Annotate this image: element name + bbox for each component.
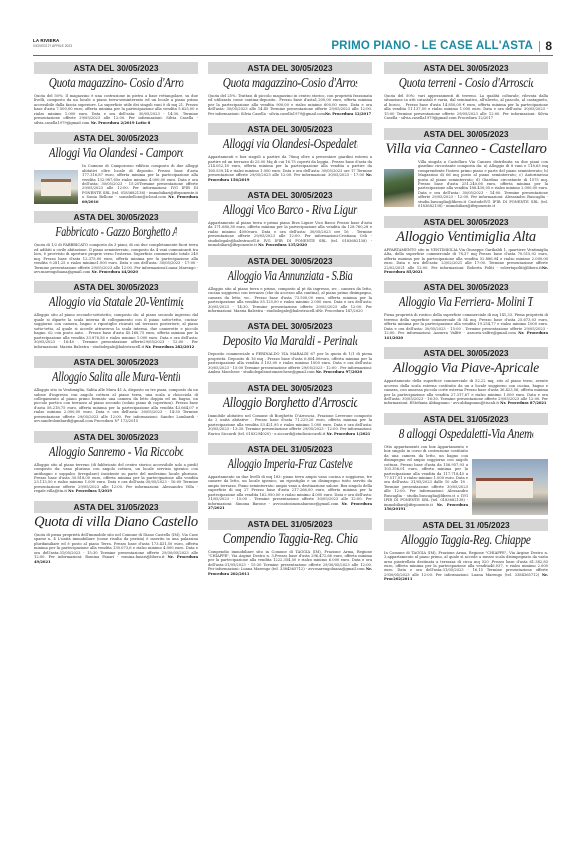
auction-date-band: ASTA DEL 31 /05/2023 xyxy=(384,519,548,531)
procedure-number: Nr. Procedura 135/2020 xyxy=(258,243,307,247)
auction-listing: ASTA DEL 30/05/2023 Alloggio Salita alle… xyxy=(34,356,198,424)
auction-listing: ASTA DEL 30/05/2023 Alloggio Via Piave-A… xyxy=(384,347,548,406)
listing-title: Fabbricato - Gazzo Borghetto Arroscia xyxy=(55,224,176,240)
auction-listing: ASTA DEL 30/05/2023 Deposito Via Maraldi… xyxy=(208,320,372,374)
listing-text: Appartamenti e box singoli a partire da … xyxy=(208,155,372,177)
auction-date-band: ASTA DEL 30/05/2023 xyxy=(384,347,548,359)
auction-listing: ASTA DEL 31/05/2023 Quota di villa Diano… xyxy=(34,501,198,564)
column-left: ASTA DEL 30/05/2023 Quota magazzino- Cos… xyxy=(34,62,198,571)
listing-body: Appartamenti e box singoli a partire da … xyxy=(208,155,372,182)
procedure-number: Nr. Procedura 97/2020 xyxy=(316,370,362,374)
auction-listing: ASTA DEL 30/05/2023 Alloggio Borghetto d… xyxy=(208,382,372,436)
issue-date: GIOVEDÌ 27 APRILE 2023 xyxy=(33,44,72,48)
listing-body: Immobile abitativo nel Comune di Borghet… xyxy=(208,414,372,436)
auction-date-band: ASTA DEL 30/05/2023 xyxy=(384,62,548,74)
listing-text: In Comune di Camporosso edificio compost… xyxy=(82,164,198,199)
auction-listing: ASTA DEL 30/05/2023 Alloggio Sanremo - V… xyxy=(34,431,198,494)
auction-date-band: ASTA DEL 30/05/2023 xyxy=(34,356,198,368)
section-title: PRIMO PIANO - LE CASE ALL'ASTA xyxy=(331,40,533,52)
listing-text: APPARTAMENTO sito in VENTIMIGLIA Via Giu… xyxy=(384,248,548,270)
auction-date-band: ASTA DEL 30/05/2023 xyxy=(208,62,372,74)
auction-date-band: ASTA DEL 30/05/2023 xyxy=(34,62,198,74)
auction-listing: ASTA DEL 30/05/2023 Quota terreni - Cosi… xyxy=(384,62,548,121)
newspaper-name: LA RIVIERA xyxy=(33,38,72,43)
listing-text: Otto appartamenti con box Appartamento e… xyxy=(384,445,468,507)
listing-title: Quota terreni - Cosio d'Arroscia xyxy=(399,75,533,91)
listing-body: Villa singola a Castellaro Via Canneo di… xyxy=(384,160,548,209)
column-right: ASTA DEL 30/05/2023 Quota terreni - Cosi… xyxy=(384,62,548,589)
listing-title: Alloggi Via Olandesi - Camporosso xyxy=(49,145,183,161)
auction-date-band: ASTA DEL 30/05/2023 xyxy=(34,431,198,443)
auction-date-band: ASTA DEL 30/05/2023 xyxy=(208,382,372,394)
auction-date-band: ASTA DEL 30/05/2023 xyxy=(34,281,198,293)
procedure-number: Nr. Procedura 87/2021 xyxy=(500,401,546,405)
listing-body: Quota del 25%: Trattasi di piccolo magaz… xyxy=(208,94,372,116)
auction-date-band: ASTA DEL 30/05/2023 xyxy=(384,216,548,228)
listing-body: In Comune di TAGGIA (IM), Frazione Arma,… xyxy=(384,551,548,582)
auction-listing: ASTA DEL 31/05/2023 Compendio Taggia-Reg… xyxy=(208,518,372,577)
listing-text: Villa singola a Castellaro Via Canneo di… xyxy=(418,160,548,209)
auction-date-band: ASTA DEL 30/05/2023 xyxy=(208,320,372,332)
listing-body: Alloggio sito al piano terra e primo, co… xyxy=(208,287,372,314)
listing-body: Alloggio sito al piano terreno (di fabbr… xyxy=(34,463,198,494)
listing-title: Alloggio Via Piave-Apricale xyxy=(384,360,548,376)
listing-title: Quota magazzino-Cosio d'Arroscia xyxy=(223,75,357,91)
procedure-number: Nr. Procedura 44/2020 xyxy=(92,270,138,274)
listing-body: Quota del 50%: Il magazzino è una costru… xyxy=(34,94,198,125)
auction-listing: ASTA DEL 31/05/2023 8 alloggi Ospedalett… xyxy=(384,413,548,512)
header-divider xyxy=(539,41,540,52)
auction-date-band: ASTA DEL 30/05/2023 xyxy=(384,281,548,293)
listing-body: Otto appartamenti con box Appartamento e… xyxy=(384,445,548,512)
listing-title: Alloggio via Statale 20-Ventimiglia xyxy=(49,294,183,310)
auction-date-band: ASTA DEL 31/05/2023 xyxy=(208,518,372,530)
listing-title: Alloggio Via Annunziata - S.Biagio Cima xyxy=(228,268,353,284)
listing-text: Alloggio sito al piano secondo-sottotett… xyxy=(34,313,198,348)
listing-body: Piena proprietà di rustico della superfi… xyxy=(384,313,548,340)
listing-body: Alloggio sito in Ventimiglia, Salita all… xyxy=(34,388,198,424)
page-header: LA RIVIERA GIOVEDÌ 27 APRILE 2023 PRIMO … xyxy=(33,38,553,56)
auction-listing: ASTA DEL 30/05/2023 Quota magazzino-Cosi… xyxy=(208,62,372,116)
listing-title: Alloggio Taggia-Reg. Chiappe xyxy=(399,532,533,548)
auction-listing: ASTA DEL 30/05/2023 Fabbricato - Gazzo B… xyxy=(34,211,198,274)
procedure-number: Nr. Procedura 2/2019 Lotto 8 xyxy=(91,121,151,125)
listing-title: Alloggi via Olandesi-Ospedaletti xyxy=(223,136,357,152)
auction-listing: ASTA DEL 31/05/2023 Alloggio Imperia-Fra… xyxy=(208,443,372,511)
auction-date-band: ASTA DEL 30/05/2023 xyxy=(384,128,548,140)
house-graphic xyxy=(41,179,72,196)
listing-body: Quota di piena proprietà dell'immobile s… xyxy=(34,533,198,564)
auction-listing: ASTA DEL 30/05/2023 Alloggi Via Olandesi… xyxy=(34,132,198,204)
auction-listing: ASTA DEL 30/05/2023 Quota magazzino- Cos… xyxy=(34,62,198,125)
listing-body: Appartamento su due livelli di mq 183: p… xyxy=(208,475,372,511)
listing-text: Compendio immobiliare sito in Comune di … xyxy=(208,550,372,572)
listing-title: Deposito Via Maraldi - Perinaldo xyxy=(223,333,357,349)
auction-date-band: ASTA DEL 30/05/2023 xyxy=(208,189,372,201)
auction-date-band: ASTA DEL 31/05/2023 xyxy=(384,413,548,425)
auction-date-band: ASTA DEL 31/05/2023 xyxy=(34,501,198,513)
listing-body: Compendio immobiliare sito in Comune di … xyxy=(208,550,372,577)
procedure-number: Nr. Procedura 12/2017 xyxy=(325,112,371,116)
auction-listing: ASTA DEL 30/05/2023 Alloggi via Olandesi… xyxy=(208,123,372,182)
auction-date-band: ASTA DEL 30/05/2023 xyxy=(34,211,198,223)
auction-listing: ASTA DEL 31 /05/2023 Alloggio Taggia-Reg… xyxy=(384,519,548,582)
page-number: 8 xyxy=(545,39,552,53)
auction-date-band: ASTA DEL 30/05/2023 xyxy=(208,255,372,267)
listing-title: Alloggi Vico Barco - Riva Ligure xyxy=(223,202,357,218)
procedure-number: Nr. Procedura 1/2021 xyxy=(327,432,371,436)
listing-body: APPARTAMENTO sito in VENTIMIGLIA Via Giu… xyxy=(384,248,548,275)
auction-listing: ASTA DEL 30/05/2023 Alloggio Via Annunzi… xyxy=(208,255,372,314)
auction-listing: ASTA DEL 30/05/2023 Villa via Canneo - C… xyxy=(384,128,548,209)
auction-date-band: ASTA DEL 30/05/2023 xyxy=(34,132,198,144)
auction-listing: ASTA DEL 30/05/2023 Alloggio via Statale… xyxy=(34,281,198,349)
listing-body: Quota di 1/2 di FABBRICATO composto da 3… xyxy=(34,243,198,274)
property-photo xyxy=(472,459,548,515)
listing-body: Appartamento al piano terra e primo pian… xyxy=(208,221,372,248)
auction-listing: ASTA DEL 30/05/2023 Alloggio Ventimiglia… xyxy=(384,216,548,275)
procedure-number: Nr. Procedura 5/2019 xyxy=(68,489,112,493)
listing-title: Alloggio Ventimiglia Alta xyxy=(384,229,548,245)
listing-title: Alloggio Imperia-Fraz Castelvecchio xyxy=(228,456,353,472)
listing-text: Quota del 50%: vari appezzamenti di terr… xyxy=(384,94,548,120)
listing-title: Alloggio Salita alle Mura-Ventimiglia xyxy=(52,369,180,385)
listing-body: Alloggio sito al piano secondo-sottotett… xyxy=(34,313,198,349)
listing-body: Deposito commerciale a PERINALDO VIA MAR… xyxy=(208,352,372,374)
listing-title: 8 alloggi Ospedaletti-Via Anemoni xyxy=(399,426,533,442)
auction-listing: ASTA DEL 30/05/2023 Alloggio Via Ferrier… xyxy=(384,281,548,340)
listing-title: Alloggio Sanremo - Via Riccobono xyxy=(49,444,183,460)
listing-body: Quota del 50%: vari appezzamenti di terr… xyxy=(384,94,548,121)
procedure-number: Nr. Procedura 282/2012 xyxy=(145,345,194,349)
listing-text: Alloggio sito in Ventimiglia, Salita all… xyxy=(34,388,198,423)
listing-title: Alloggio Via Ferriera- Molini Triora xyxy=(399,294,533,310)
listing-text: In Comune di TAGGIA (IM), Frazione Arma,… xyxy=(384,551,548,577)
auction-listing: ASTA DEL 30/05/2023 Alloggi Vico Barco -… xyxy=(208,189,372,248)
property-photo xyxy=(384,169,414,207)
newspaper-info: LA RIVIERA GIOVEDÌ 27 APRILE 2023 xyxy=(33,38,72,48)
property-photo xyxy=(34,170,78,204)
listing-text: Alloggio sito al piano terra e primo, co… xyxy=(208,287,372,313)
auction-date-band: ASTA DEL 30/05/2023 xyxy=(208,123,372,135)
listing-title: Quota di villa Diano Castello xyxy=(34,514,198,530)
listing-title: Villa via Canneo - Castellaro xyxy=(384,141,548,157)
listing-body: Appartamento della superficie commercial… xyxy=(384,379,548,406)
listing-title: Alloggio Borghetto d'Arroscia xyxy=(223,395,357,411)
auction-date-band: ASTA DEL 31/05/2023 xyxy=(208,443,372,455)
house-graphic xyxy=(476,478,533,498)
column-middle: ASTA DEL 30/05/2023 Quota magazzino-Cosi… xyxy=(208,62,372,583)
listing-text: Alloggio sito al piano terreno (di fabbr… xyxy=(34,463,198,494)
listing-body: In Comune di Camporosso edificio compost… xyxy=(34,164,198,204)
listing-title: Quota magazzino- Cosio d'Arroscia xyxy=(49,75,183,91)
listing-title: Compendio Taggia-Reg. Chiappe xyxy=(223,531,357,547)
